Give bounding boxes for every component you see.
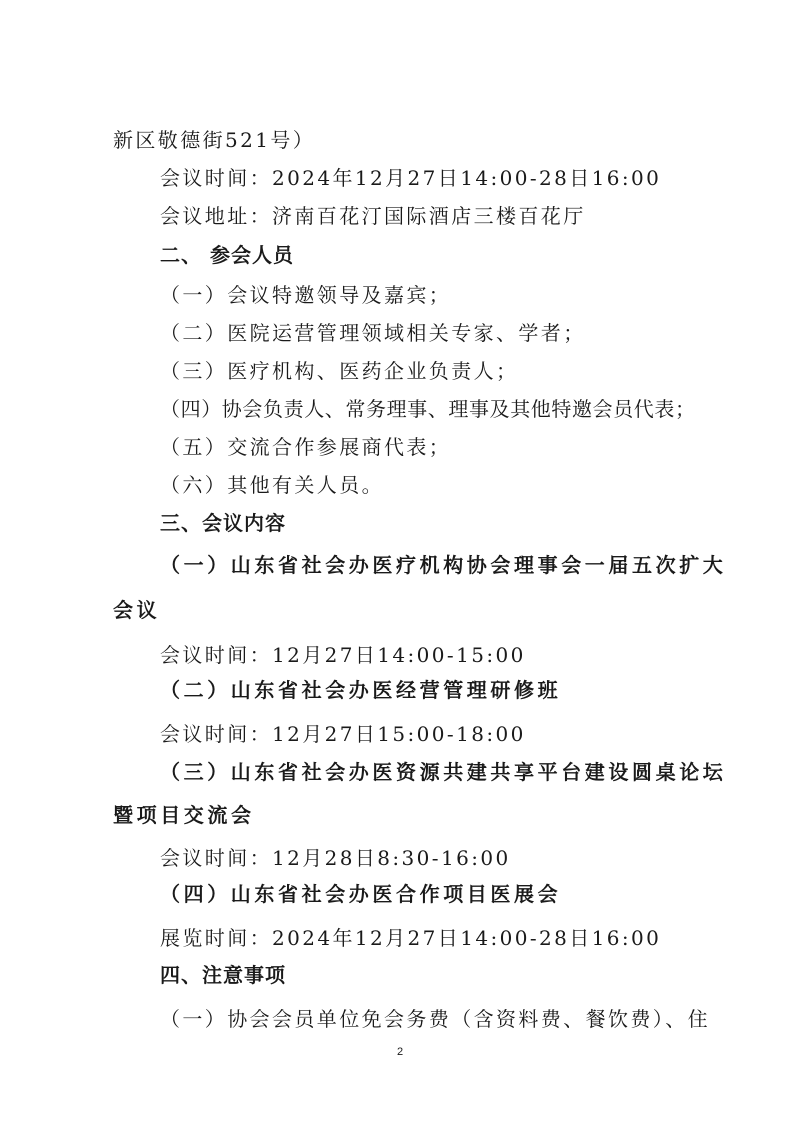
session-time: 会议时间：12月27日15:00-18:00: [160, 722, 526, 746]
session-title-cont: 会议: [113, 598, 160, 622]
session-title-cont: 暨项目交流会: [113, 803, 255, 827]
meeting-time: 会议时间：2024年12月27日14:00-28日16:00: [160, 166, 661, 190]
address-continuation: 新区敬德街521号）: [113, 128, 315, 152]
document-page: 新区敬德街521号） 会议时间：2024年12月27日14:00-28日16:0…: [0, 0, 800, 1131]
meeting-location: 会议地址：济南百花汀国际酒店三楼百花厅: [160, 204, 586, 228]
notes-item: （一）协会会员单位免会务费（含资料费、餐饮费）、住: [160, 1007, 710, 1031]
participant-item: （四）协会负责人、常务理事、理事及其他特邀会员代表；: [160, 397, 696, 421]
session-time: 展览时间：2024年12月27日14:00-28日16:00: [160, 926, 661, 950]
section-heading-content: 三、会议内容: [160, 511, 286, 535]
participant-item: （五）交流合作参展商代表；: [160, 435, 451, 459]
session-title: （三）山东省社会办医资源共建共享平台建设圆桌论坛: [160, 760, 726, 784]
session-title: （一）山东省社会办医疗机构协会理事会一届五次扩大: [160, 553, 726, 577]
participant-item: （三）医疗机构、医药企业负责人；: [160, 359, 518, 383]
session-title: （二）山东省社会办医经营管理研修班: [160, 678, 561, 702]
section-heading-participants: 二、 参会人员: [160, 243, 294, 267]
session-title: （四）山东省社会办医合作项目医展会: [160, 882, 561, 906]
participant-item: （六）其他有关人员。: [160, 473, 384, 497]
participant-item: （二）医院运营管理领域相关专家、学者；: [160, 321, 586, 345]
session-time: 会议时间：12月28日8:30-16:00: [160, 846, 511, 870]
session-time: 会议时间：12月27日14:00-15:00: [160, 643, 526, 667]
participant-item: （一）会议特邀领导及嘉宾；: [160, 283, 451, 307]
page-number: 2: [0, 1046, 800, 1058]
section-heading-notes: 四、注意事项: [160, 963, 286, 987]
